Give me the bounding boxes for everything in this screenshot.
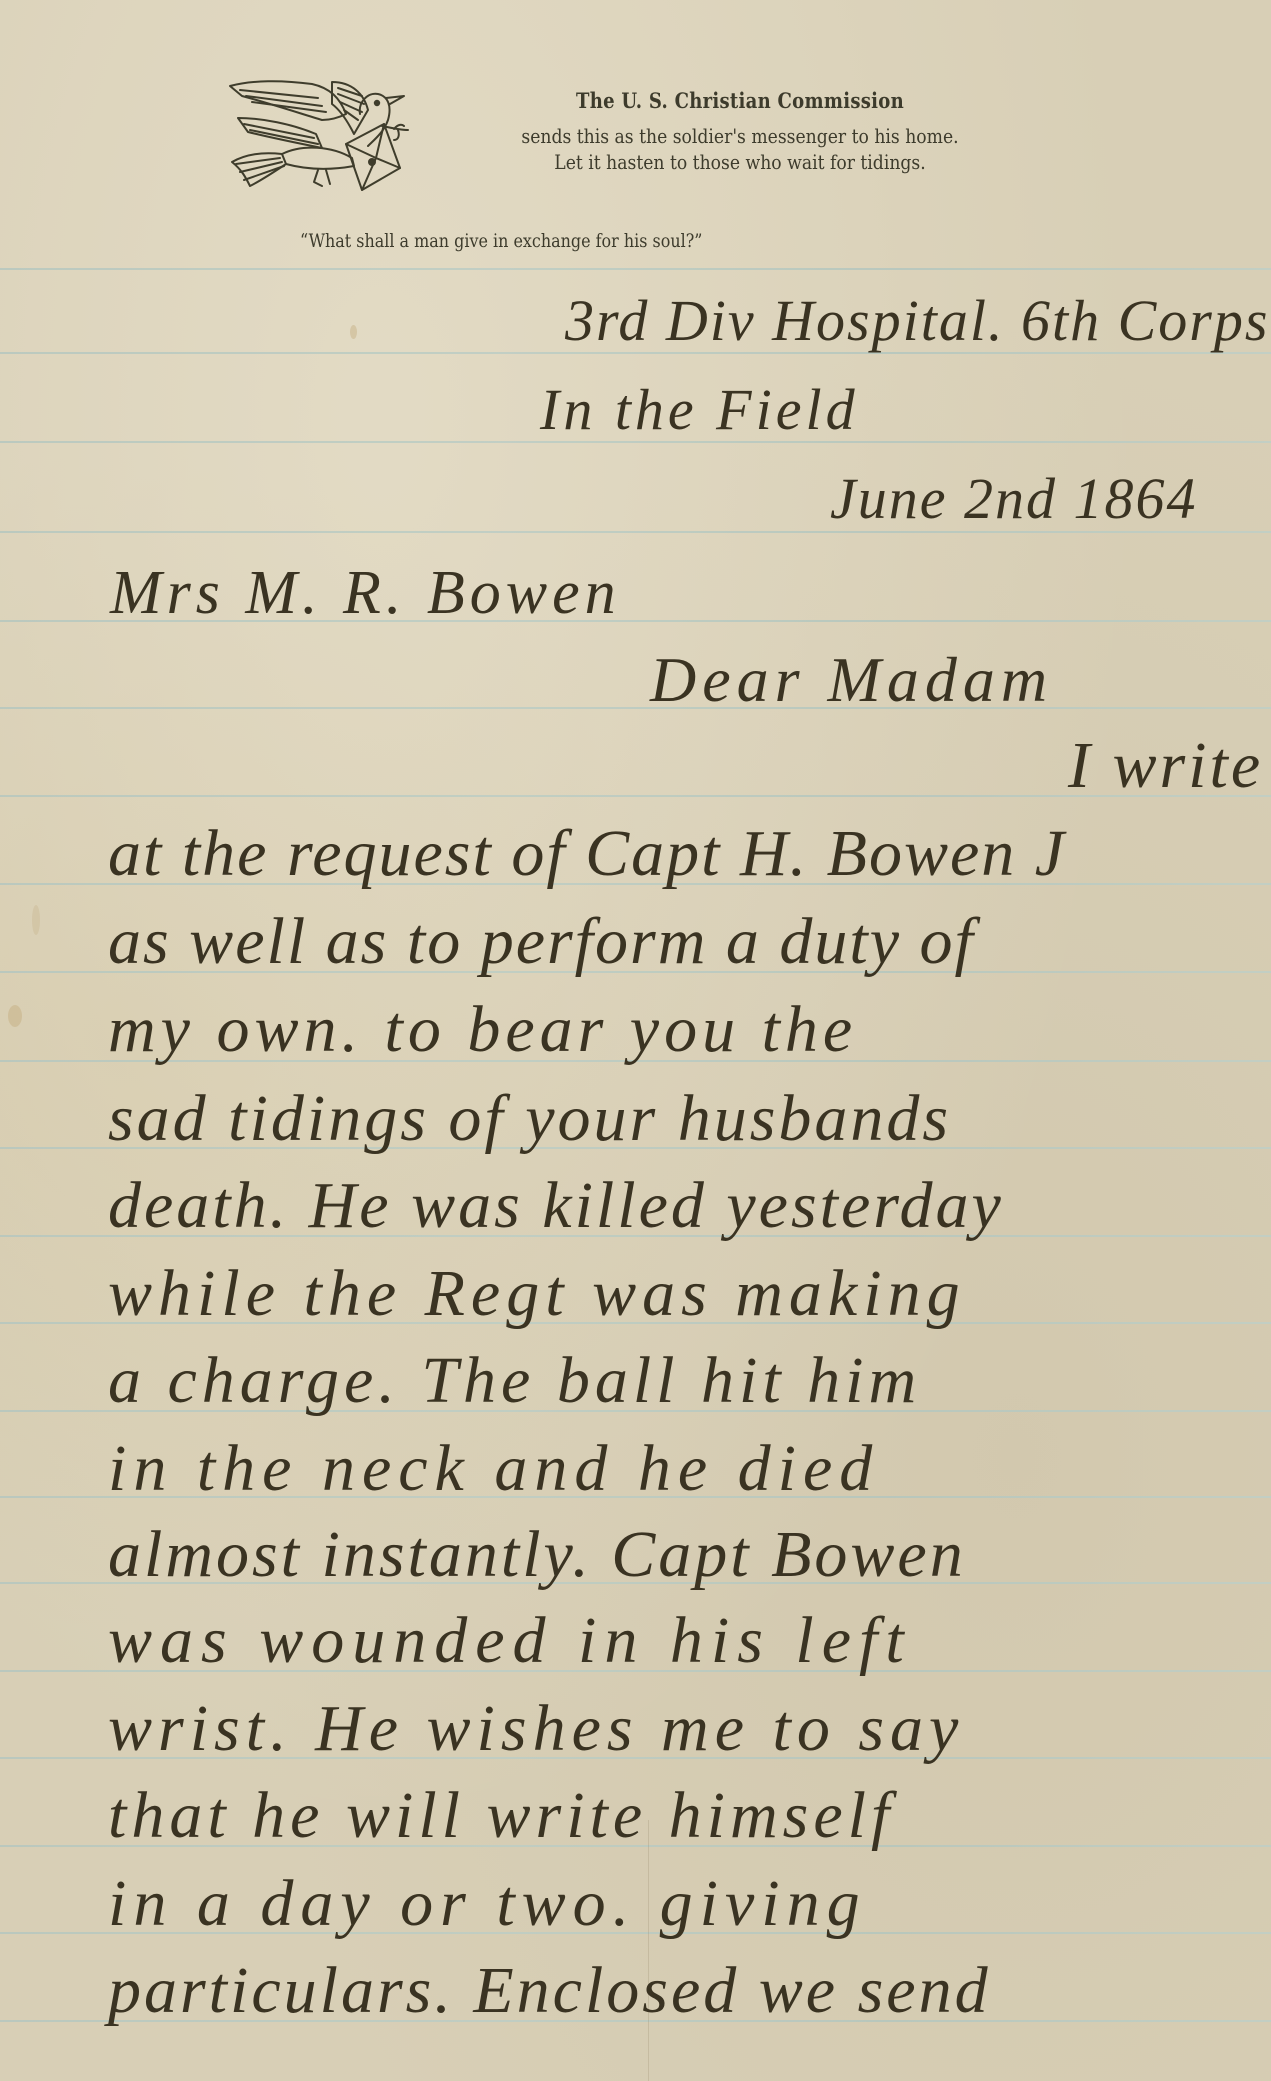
letterhead-motto: “What shall a man give in exchange for h…: [300, 230, 619, 252]
ruled-line: [0, 268, 1271, 270]
letter-page: The U. S. Christian Commission sends thi…: [0, 0, 1271, 2081]
greeting: Dear Madam: [650, 648, 1053, 712]
letterhead-tagline-2: Let it hasten to those who wait for tidi…: [473, 150, 1006, 174]
body-line: death. He was killed yesterday: [108, 1173, 1004, 1239]
body-line: wrist. He wishes me to say: [108, 1696, 964, 1762]
letterhead-tagline-1: sends this as the soldier's messenger to…: [473, 124, 1006, 148]
location-line-1: 3rd Div Hospital. 6th Corps: [565, 292, 1269, 350]
location-line-2: In the Field: [540, 381, 859, 439]
dove-carrying-envelope-icon: [222, 74, 418, 196]
body-line: my own. to bear you the: [108, 997, 857, 1063]
body-line: was wounded in his left: [108, 1608, 912, 1674]
body-line: a charge. The ball hit him: [108, 1348, 921, 1414]
body-line: that he will write himself: [108, 1783, 894, 1849]
paper-stain: [8, 1005, 22, 1027]
body-line: particulars. Enclosed we send: [108, 1958, 991, 2024]
letterhead-title: The U. S. Christian Commission: [473, 88, 1006, 113]
body-line: I write: [1068, 733, 1263, 799]
body-line: in the neck and he died: [108, 1436, 879, 1502]
body-line: sad tidings of your husbands: [108, 1086, 951, 1152]
recipient-name: Mrs M. R. Bowen: [110, 562, 621, 624]
body-line: in a day or two. giving: [108, 1871, 867, 1937]
letter-date: June 2nd 1864: [830, 470, 1198, 528]
body-line: as well as to perform a duty of: [108, 909, 975, 975]
ruled-line: [0, 707, 1271, 709]
ruled-line: [0, 531, 1271, 533]
paper-stain: [350, 325, 357, 339]
paper-crease: [648, 1820, 649, 2081]
body-line: while the Regt was making: [108, 1261, 966, 1327]
body-line: almost instantly. Capt Bowen: [108, 1522, 966, 1588]
paper-stain: [32, 905, 40, 935]
body-line: at the request of Capt H. Bowen J: [108, 821, 1066, 887]
